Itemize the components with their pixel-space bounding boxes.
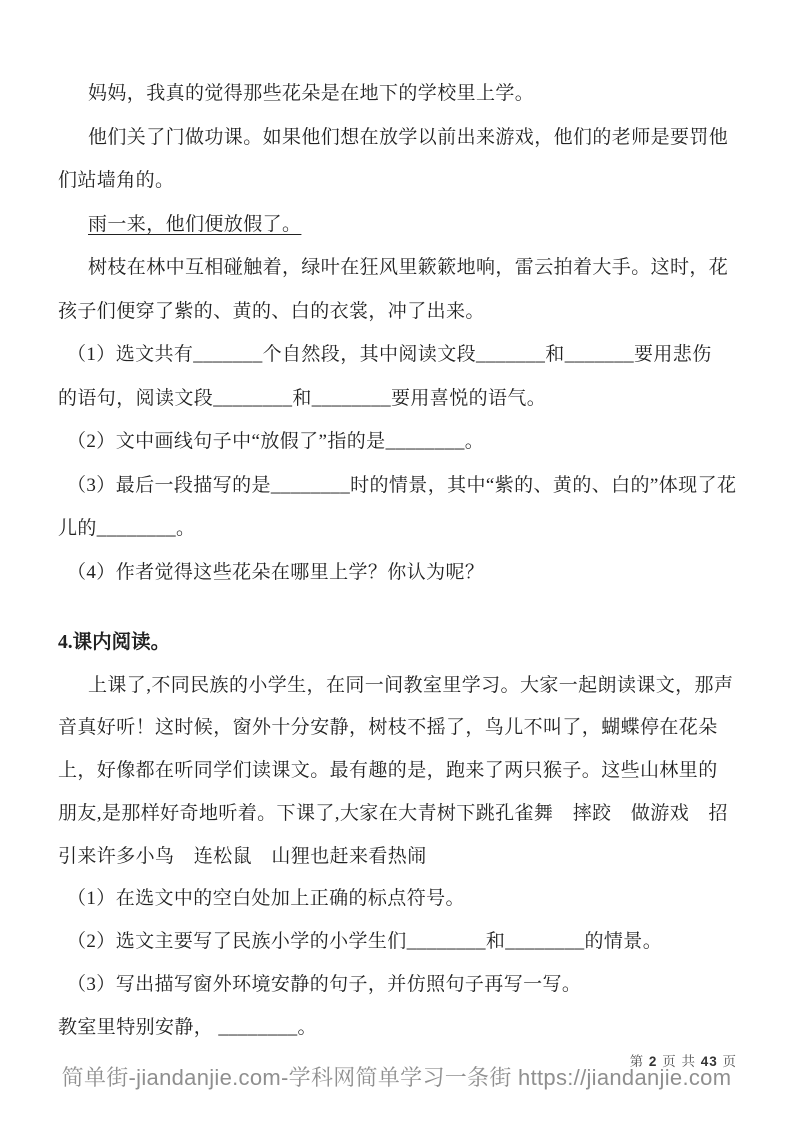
underlined-sentence: 雨一来，他们便放假了。 — [88, 214, 301, 235]
passage-line: 妈妈，我真的觉得那些花朵是在地下的学校里上学。 — [58, 72, 748, 116]
passage-line: 音真好听！这时候，窗外十分安静，树枝不摇了，鸟儿不叫了，蝴蝶停在花朵 — [58, 707, 748, 750]
question-line: （3）最后一段描写的是________时的情景，其中“紫的、黄的、白的”体现了花 — [58, 464, 748, 508]
passage-line: 孩子们便穿了紫的、黄的、白的衣裳，冲了出来。 — [58, 290, 748, 334]
question-line: （2）选文主要写了民族小学的小学生们________和________的情景。 — [58, 921, 748, 964]
passage-line: 树枝在林中互相碰触着，绿叶在狂风里簌簌地响，雷云拍着大手。这时，花 — [58, 246, 748, 290]
question-line: 教室里特别安静， ________。 — [58, 1007, 748, 1050]
passage-line: 引来许多小鸟 连松鼠 山狸也赶来看热闹 — [58, 836, 748, 879]
question-line: 的语句，阅读文段________和________要用喜悦的语气。 — [58, 377, 748, 421]
question-line: （1）在选文中的空白处加上正确的标点符号。 — [58, 878, 748, 921]
section-reading-passage-1: 妈妈，我真的觉得那些花朵是在地下的学校里上学。 他们关了门做功课。如果他们想在放… — [58, 72, 748, 594]
question-line: （1）选文共有_______个自然段，其中阅读文段_______和_______… — [58, 333, 748, 377]
passage-line: 上课了,不同民族的小学生，在同一间教室里学习。大家一起朗读课文，那声 — [58, 665, 748, 708]
underlined-sentence-line: 雨一来，他们便放假了。 — [58, 203, 748, 247]
question-line: （2）文中画线句子中“放假了”指的是________。 — [58, 420, 748, 464]
passage-line: 们站墙角的。 — [58, 159, 748, 203]
section-reading-passage-2: 上课了,不同民族的小学生，在同一间教室里学习。大家一起朗读课文，那声 音真好听！… — [58, 665, 748, 1050]
question-line: 儿的________。 — [58, 507, 748, 551]
passage-line: 上，好像都在听同学们读课文。最有趣的是，跑来了两只猴子。这些山林里的 — [58, 750, 748, 793]
question-line: （3）写出描写窗外环境安静的句子，并仿照句子再写一写。 — [58, 964, 748, 1007]
section-heading: 4.课内阅读。 — [58, 621, 748, 665]
passage-line: 他们关了门做功课。如果他们想在放学以前出来游戏，他们的老师是要罚他 — [58, 116, 748, 160]
page-content: 妈妈，我真的觉得那些花朵是在地下的学校里上学。 他们关了门做功课。如果他们想在放… — [58, 72, 748, 1050]
worksheet-page: 妈妈，我真的觉得那些花朵是在地下的学校里上学。 他们关了门做功课。如果他们想在放… — [0, 0, 793, 1122]
site-watermark: 简单街-jiandanjie.com-学科网简单学习一条街 https://ji… — [0, 1061, 793, 1092]
question-line: （4）作者觉得这些花朵在哪里上学？你认为呢？ — [58, 551, 748, 595]
passage-line: 朋友,是那样好奇地听着。下课了,大家在大青树下跳孔雀舞 摔跤 做游戏 招 — [58, 793, 748, 836]
